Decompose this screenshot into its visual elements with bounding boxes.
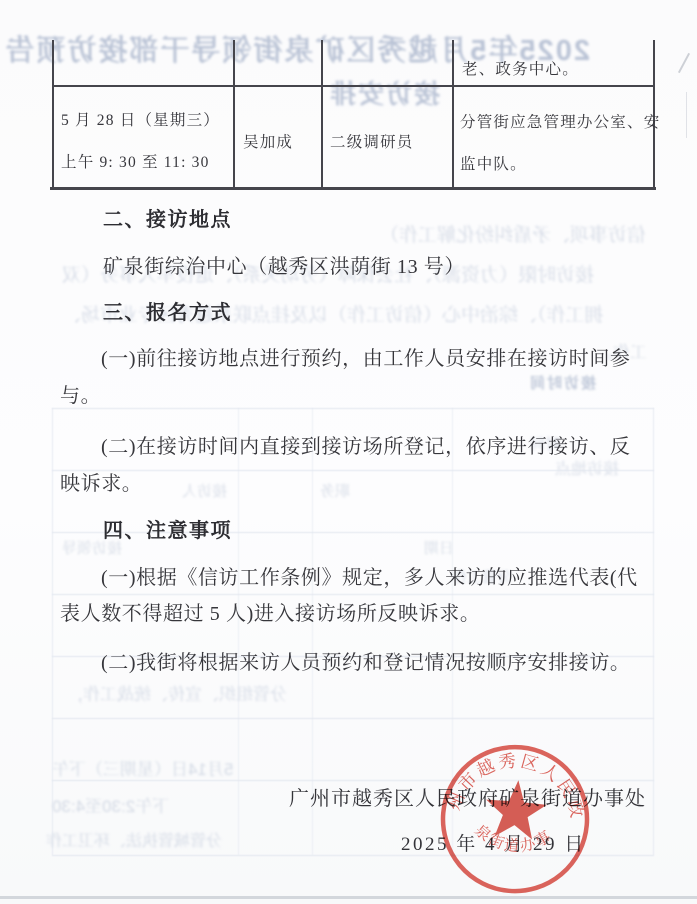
ghost-text: 接访时间 <box>528 372 596 393</box>
ghost-grid-line <box>653 408 654 855</box>
official-seal: 广州市越秀区人民政府 矿泉街道办事处 <box>428 733 599 904</box>
signup-item1-line2: 与。 <box>60 379 101 408</box>
table-row-divider <box>52 85 655 87</box>
notes-item1-line1: (一)根据《信访工作条例》规定，多人来访的应推选代表(代 <box>101 561 638 590</box>
signup-item2-line2: 映诉求。 <box>60 467 142 496</box>
table-divider-vertical <box>321 40 323 189</box>
table-cell-time: 上午 9: 30 至 11: 30 <box>61 150 210 172</box>
ghost-grid-line <box>52 408 654 409</box>
table-divider-vertical <box>452 40 454 189</box>
ghost-text: 信访事项、矛盾纠纷化解工作） <box>380 220 646 247</box>
ghost-grid-line <box>238 408 239 855</box>
section-heading-signup: 三、报名方式 <box>103 296 232 325</box>
scan-corner-mark <box>678 53 690 73</box>
ghost-text: 下午2:30至4:30 <box>52 792 169 817</box>
signup-item1-line1: (一)前往接访地点进行预约，由工作人员安排在接访时间参 <box>101 342 631 371</box>
section-heading-notes: 四、注意事项 <box>103 514 232 543</box>
ghost-subtitle: 接访安排 <box>327 74 441 111</box>
table-cell-duty: 监中队。 <box>460 152 527 174</box>
location-address: 矿泉街综治中心（越秀区洪荫街 13 号） <box>103 250 465 279</box>
table-cell-duty-note: 老、政务中心。 <box>462 57 579 79</box>
ghost-text: 接访人 <box>182 480 227 501</box>
ghost-text: 职务 <box>320 480 350 501</box>
ghost-grid-line <box>52 408 53 855</box>
table-cell-date: 5 月 28 日（星期三） <box>61 108 220 130</box>
ghost-text: 日期 <box>424 537 454 558</box>
ghost-text: 5月14日（星期三）下午 <box>52 755 233 780</box>
notes-item1-line2: 表人数不得超过 5 人)进入接访场所反映诉求。 <box>60 597 480 626</box>
table-cell-position: 二级调研员 <box>330 130 414 152</box>
scan-edge-scratch <box>686 92 687 138</box>
ghost-text: 分管组织、宣传、统战工作， <box>66 680 287 705</box>
table-cell-name: 吴加成 <box>243 130 293 152</box>
ghost-text: 接访地点 <box>555 456 619 479</box>
signup-item2-line1: (二)在接访时间内直接到接访场所登记，依序进行接访、反 <box>101 430 631 459</box>
ghost-grid-line <box>52 718 654 719</box>
scan-bottom-edge <box>0 896 697 899</box>
table-border-left <box>52 40 54 189</box>
notes-item2: (二)我街将根据来访人员预约和登记情况按顺序安排接访。 <box>101 646 631 675</box>
ghost-grid-line <box>52 594 654 595</box>
table-border-bottom <box>50 187 656 190</box>
table-cell-duty: 分管街应急管理办公室、安 <box>460 110 660 132</box>
section-heading-location: 二、接访地点 <box>103 203 232 232</box>
ghost-text: 分管城管执法、环卫工作 <box>46 828 222 851</box>
table-divider-vertical <box>233 40 235 189</box>
scanned-document-page: 2025年5月越秀区矿泉街领导干部接访预告 接访安排 信访事项、矛盾纠纷化解工作… <box>0 0 697 904</box>
